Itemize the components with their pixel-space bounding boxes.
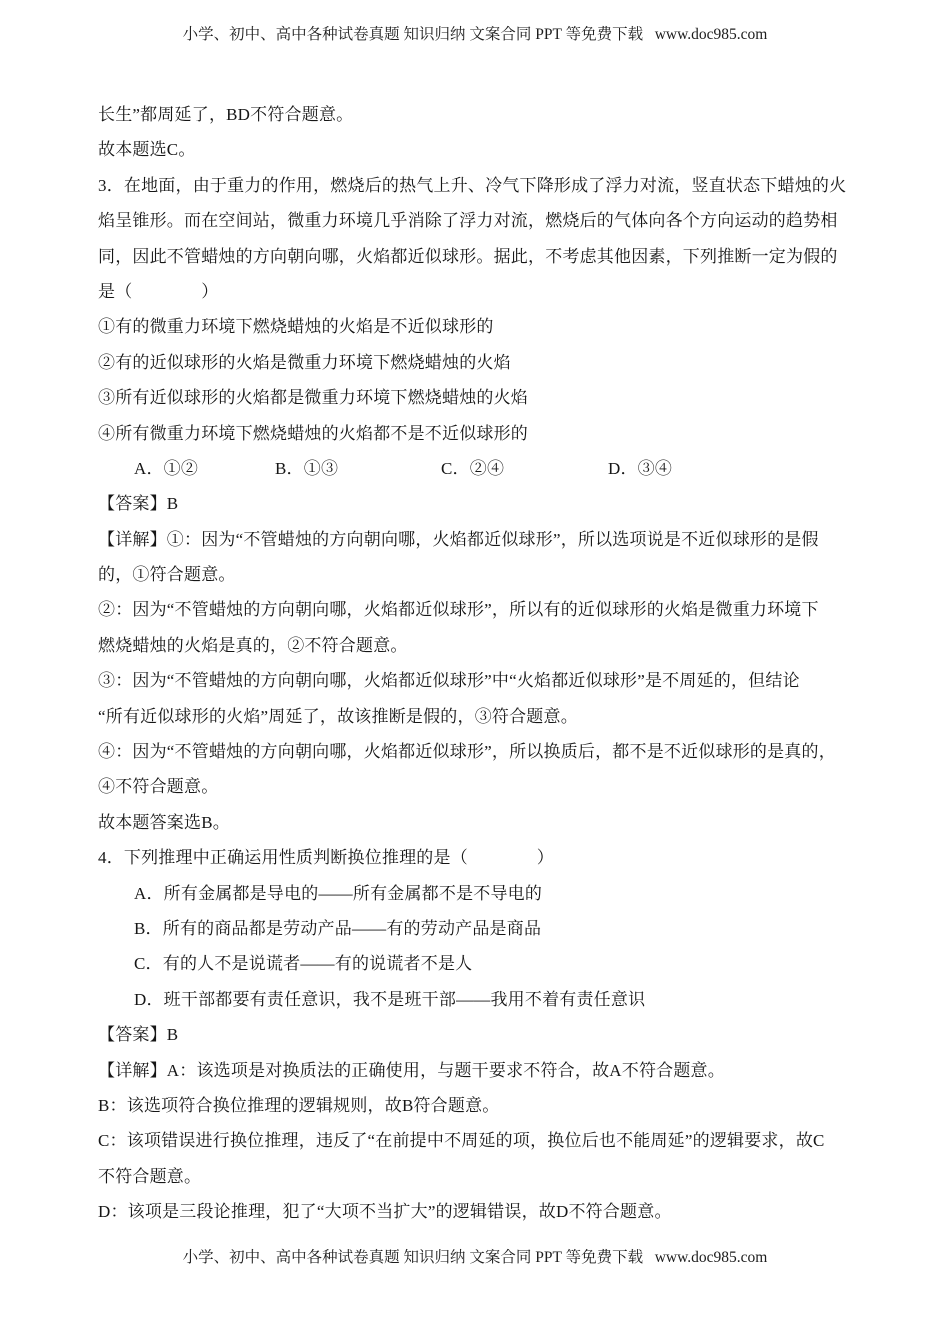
q3-analysis-line-5: ③：因为“不管蜡烛的方向朝向哪，火焰都近似球形”中“火焰都近似球形”是不周延的，… <box>98 663 858 698</box>
q3-item-4: ④所有微重力环境下燃烧蜡烛的火焰都不是不近似球形的 <box>98 416 858 451</box>
q3-answer-line: 【答案】B <box>98 486 858 521</box>
q4-analysis-line-5: D：该项是三段论推理，犯了“大项不当扩大”的逻辑错误，故D不符合题意。 <box>98 1194 858 1229</box>
q4-option-c: C．有的人不是说谎者——有的说谎者不是人 <box>98 946 858 981</box>
document-lines: 长生”都周延了，BD不符合题意。故本题选C。3．在地面，由于重力的作用，燃烧后的… <box>98 97 858 1230</box>
q4-analysis-line-1: 【详解】A：该选项是对换质法的正确使用，与题干要求不符合，故A不符合题意。 <box>98 1053 858 1088</box>
q4-option-b: B．所有的商品都是劳动产品——有的劳动产品是商品 <box>98 911 858 946</box>
q4-stem-line: 4．下列推理中正确运用性质判断换位推理的是（ ） <box>98 840 858 875</box>
q3-item-1: ①有的微重力环境下燃烧蜡烛的火焰是不近似球形的 <box>98 309 858 344</box>
q3-stem-line-1: 3．在地面，由于重力的作用，燃烧后的热气上升、冷气下降形成了浮力对流，竖直状态下… <box>98 168 858 203</box>
q3-choice-a: A．①② <box>134 451 198 486</box>
q3-stem-line-3: 同，因此不管蜡烛的方向朝向哪，火焰都近似球形。据此，不考虑其他因素，下列推断一定… <box>98 239 858 274</box>
q2-conclusion-line: 长生”都周延了，BD不符合题意。 <box>98 97 858 132</box>
q3-analysis-line-6: “所有近似球形的火焰”周延了，故该推断是假的，③符合题意。 <box>98 699 858 734</box>
q3-item-3: ③所有近似球形的火焰都是微重力环境下燃烧蜡烛的火焰 <box>98 380 858 415</box>
q4-analysis-line-2: B：该选项符合换位推理的逻辑规则，故B符合题意。 <box>98 1088 858 1123</box>
q3-analysis-line-4: 燃烧蜡烛的火焰是真的，②不符合题意。 <box>98 628 858 663</box>
q3-analysis-line-7: ④：因为“不管蜡烛的方向朝向哪，火焰都近似球形”，所以换质后，都不是不近似球形的… <box>98 734 858 769</box>
q3-item-2: ②有的近似球形的火焰是微重力环境下燃烧蜡烛的火焰 <box>98 345 858 380</box>
q3-analysis-line-8: ④不符合题意。 <box>98 769 858 804</box>
q3-stem-line-4: 是（ ） <box>98 274 858 309</box>
q4-answer-line: 【答案】B <box>98 1017 858 1052</box>
q4-analysis-line-4: 不符合题意。 <box>98 1159 858 1194</box>
q3-analysis-line-1: 【详解】①：因为“不管蜡烛的方向朝向哪，火焰都近似球形”，所以选项说是不近似球形… <box>98 522 858 557</box>
q3-stem-line-2: 焰呈锥形。而在空间站，微重力环境几乎消除了浮力对流，燃烧后的气体向各个方向运动的… <box>98 203 858 238</box>
page-footer-note: 小学、初中、高中各种试卷真题 知识归纳 文案合同 PPT 等免费下载 www.d… <box>0 1247 950 1269</box>
q3-choices-row: A．①②B．①③C．②④D．③④ <box>98 451 858 486</box>
page-header-note: 小学、初中、高中各种试卷真题 知识归纳 文案合同 PPT 等免费下载 www.d… <box>0 24 950 46</box>
q4-analysis-line-3: C：该项错误进行换位推理，违反了“在前提中不周延的项，换位后也不能周延”的逻辑要… <box>98 1123 858 1158</box>
q2-answer-line: 故本题选C。 <box>98 132 858 167</box>
document-page: 小学、初中、高中各种试卷真题 知识归纳 文案合同 PPT 等免费下载 www.d… <box>0 0 950 1344</box>
q3-choice-b: B．①③ <box>275 451 338 486</box>
q3-analysis-line-3: ②：因为“不管蜡烛的方向朝向哪，火焰都近似球形”，所以有的近似球形的火焰是微重力… <box>98 592 858 627</box>
q3-choice-d: D．③④ <box>608 451 672 486</box>
q4-option-a: A．所有金属都是导电的——所有金属都不是不导电的 <box>98 876 858 911</box>
q3-conclusion-line: 故本题答案选B。 <box>98 805 858 840</box>
q3-analysis-line-2: 的，①符合题意。 <box>98 557 858 592</box>
q4-option-d: D．班干部都要有责任意识，我不是班干部——我用不着有责任意识 <box>98 982 858 1017</box>
q3-choice-c: C．②④ <box>441 451 504 486</box>
